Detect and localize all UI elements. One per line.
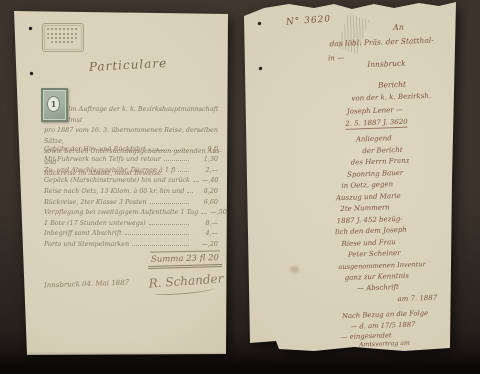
imprint-text-line	[47, 33, 79, 35]
handwritten-line: — Abschrift	[357, 283, 399, 292]
handwritten-line: Amtsvortrag am	[359, 340, 410, 349]
handwritten-line: von der k. k. Bezirksh.	[351, 92, 431, 103]
handwritten-line: das löbl. Präs. der Statthal-	[329, 36, 433, 49]
item-amount: 6,60	[192, 198, 218, 206]
imprint-text-line	[47, 28, 79, 30]
item-amount: 9 fl	[192, 145, 218, 153]
punch-hole	[30, 72, 33, 75]
total-amount: 23 fl 20	[186, 253, 219, 264]
handwritten-line: Sponring Bauer	[347, 169, 403, 179]
total-label: Summa	[151, 254, 184, 265]
total-line: Summa 23 fl 20	[148, 253, 222, 269]
imprint-text-line	[51, 41, 75, 43]
item-label: Gepäck (Marschinstrumente) hin und zurüc…	[44, 176, 190, 184]
item-label: Inbegriff samt Abschrift	[44, 229, 122, 237]
invoice-item-row: Inbegriff samt Abschrift 4,—	[44, 227, 218, 238]
dotted-leader	[193, 181, 199, 182]
item-label: Gebühr der Hin- und Rückfahrt	[44, 145, 146, 153]
handwritten-line: Riese und Frau	[341, 238, 395, 248]
dateline: Innsbruck 04. Mai 1887	[44, 279, 129, 290]
handwritten-line: in —	[328, 54, 344, 63]
handwritten-line: Peter Scheiner	[348, 249, 401, 259]
handwritten-line: ganz zur Kenntnis	[345, 272, 409, 282]
invoice-item-row: 1 Bote (17 Stunden unterwegs) 8,—	[44, 216, 218, 227]
handwriting-column: Andas löbl. Präs. der Statthal-in —Innsb…	[229, 0, 467, 361]
invoice-page-wrap: Particulare 1 Im Auftrage der k. k. Bezi…	[10, 8, 229, 355]
report-page-wrap: N° 3620 Andas löbl. Präs. der Statthal-i…	[234, 0, 460, 356]
handwritten-line: lich den dem Joseph	[335, 226, 407, 236]
item-amount: —,20	[192, 240, 218, 248]
handwritten-line: 1887 J. 452 bezüg-	[337, 215, 403, 225]
dotted-leader	[132, 245, 189, 246]
invoice-item-row: Porto und Stempelmarken —,20	[44, 237, 218, 248]
signature: R. Schander	[148, 271, 225, 290]
item-label: 1 Bote (17 Stunden unterwegs)	[44, 219, 146, 227]
invoice-page: Particulare 1 Im Auftrage der k. k. Bezi…	[10, 8, 229, 355]
dotted-leader	[164, 160, 189, 161]
item-list: Gebühr der Hin- und Rückfahrt 9 fl Mit F…	[44, 142, 218, 248]
page-title: Particulare	[88, 56, 169, 74]
handwritten-line: 2te Nummern	[340, 203, 390, 213]
invoice-item-row: Reise nach Oetz, 13 Kilom. à 60 kr. hin …	[44, 184, 218, 195]
item-amount: —,40	[202, 176, 219, 184]
handwritten-line: — d. am 17/5 1887	[350, 321, 415, 331]
item-label: Rückreise, 2ter Klasse 3 Posten	[44, 198, 147, 206]
handwritten-line: des Herrn Franz	[351, 157, 410, 167]
invoice-item-row: Zu- und Abschlagsgebühr, Diurnen à 1 fl …	[44, 163, 218, 174]
total-rule	[150, 250, 220, 252]
item-amount: 8,—	[192, 219, 218, 227]
dotted-leader	[150, 203, 189, 204]
handwritten-line: Joseph Lener —	[347, 106, 403, 116]
item-label: Reise nach Oetz, 13 Kilom. à 60 kr. hin …	[44, 187, 184, 195]
printer-imprint-stamp	[42, 23, 84, 52]
handwritten-line: in Oetz, gegen	[341, 180, 393, 190]
handwritten-line: Auszug und Marie	[336, 192, 401, 202]
dotted-leader	[187, 192, 193, 193]
punch-hole	[29, 27, 32, 30]
dotted-leader	[178, 171, 189, 172]
handwritten-line: 2. 5. 1887 J. 3620	[345, 118, 408, 130]
item-amount: —,50	[210, 208, 227, 216]
invoice-item-row: Rückreise, 2ter Klasse 3 Posten 6,60	[44, 195, 218, 206]
handwritten-line: am 7. 1887	[397, 294, 437, 303]
handwritten-line: Bericht	[378, 80, 406, 90]
handwritten-line: Nach Bezug an die Folge	[342, 309, 428, 320]
item-amount: 8,20	[196, 187, 218, 195]
handwritten-line: der Bericht	[362, 146, 403, 155]
item-amount: 4,—	[192, 229, 218, 237]
invoice-item-row: Gepäck (Marschinstrumente) hin und zurüc…	[44, 174, 218, 185]
item-label: Zu- und Abschlagsgebühr, Diurnen à 1 fl	[44, 166, 175, 174]
item-label: Porto und Stempelmarken	[44, 240, 129, 248]
handwritten-line: An	[393, 23, 404, 32]
dotted-leader	[201, 213, 207, 214]
imprint-text-line	[47, 37, 79, 39]
invoice-item-row: Gebühr der Hin- und Rückfahrt 9 fl	[44, 142, 218, 153]
handwritten-line: Anliegend	[356, 134, 392, 143]
dotted-leader	[125, 234, 189, 235]
invoice-item-row: Mit Fuhrwerk nach Telfs und retour 1,30	[44, 153, 218, 164]
document-photo: Particulare 1 Im Auftrage der k. k. Bezi…	[0, 0, 480, 374]
dotted-leader	[149, 224, 189, 225]
item-label: Verpflegung bei zweitägigem Aufenthalte …	[44, 208, 198, 216]
handwritten-line: ausgenommenen Inventur	[338, 260, 426, 271]
handwritten-line: Innsbruck	[367, 59, 406, 69]
dotted-leader	[149, 150, 189, 151]
item-label: Mit Fuhrwerk nach Telfs und retour	[44, 155, 161, 163]
item-amount: 2,—	[192, 166, 218, 174]
item-amount: 1,30	[192, 155, 218, 163]
intro-line: Im Auftrage der k. k. Bezirkshauptmannsc…	[44, 104, 222, 125]
report-page: N° 3620 Andas löbl. Präs. der Statthal-i…	[234, 0, 460, 356]
invoice-item-row: Verpflegung bei zweitägigem Aufenthalte …	[44, 206, 218, 217]
